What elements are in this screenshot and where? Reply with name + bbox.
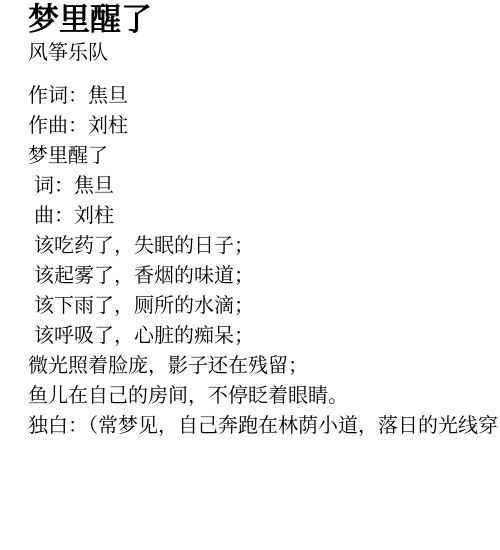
lyric-line-song-name: 梦里醒了 — [28, 141, 500, 171]
lyric-line: 该起雾了，香烟的味道； — [28, 261, 500, 291]
lyric-line: 曲：刘柱 — [28, 201, 500, 231]
lyrics-block: 作词：焦旦 作曲：刘柱 梦里醒了 词：焦旦 曲：刘柱 该吃药了，失眠的日子； 该… — [28, 81, 500, 441]
page-title: 梦里醒了 — [28, 3, 500, 37]
lyric-line: 词：焦旦 — [28, 171, 500, 201]
lyric-line-monologue-clipped: 独白：（常梦见，自己奔跑在林荫小道，落日的光线穿 — [28, 411, 500, 441]
lyric-line: 微光照着脸庞，影子还在残留； — [28, 351, 500, 381]
lyric-line: 该下雨了，厕所的水滴； — [28, 291, 500, 321]
lyric-line: 鱼儿在自己的房间，不停眨着眼睛。 — [28, 381, 500, 411]
lyric-line-credit-lyricist: 作词：焦旦 — [28, 81, 500, 111]
artist-name: 风筝乐队 — [28, 38, 500, 68]
lyric-line: 该呼吸了，心脏的痴呆； — [28, 321, 500, 351]
lyrics-page: 梦里醒了 风筝乐队 作词：焦旦 作曲：刘柱 梦里醒了 词：焦旦 曲：刘柱 该吃药… — [0, 3, 500, 441]
lyric-line: 该吃药了，失眠的日子； — [28, 231, 500, 261]
lyric-line-credit-composer: 作曲：刘柱 — [28, 111, 500, 141]
